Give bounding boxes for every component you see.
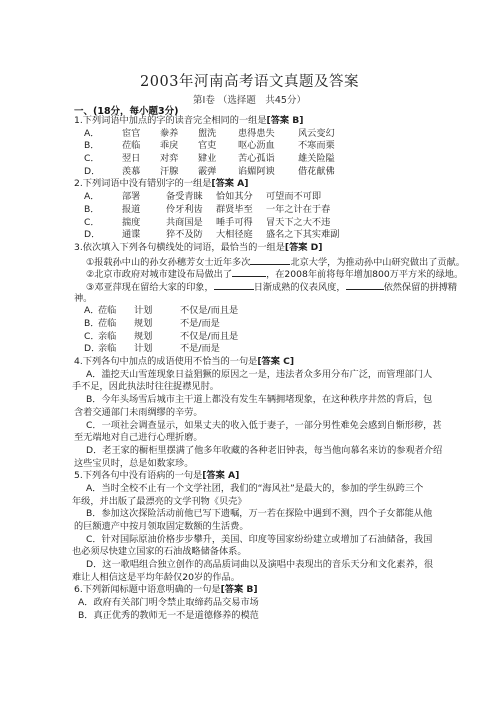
q5-option-a-cont: 年级，并出版了最漂亮的文学刊物《贝壳》 [72,496,474,509]
q2-option-b: B．报道伶牙利齿群贤毕至一年之计在于春 [84,204,474,217]
answer-key: [答案 A] [211,178,248,189]
q4-option-d-cont: 这些宝贝时，总是如数家珍。 [74,458,474,471]
q3-option-b: B．莅临规划不是/而是 [84,318,474,331]
question-6-stem: 6.下列新闻标题中语意明确的一句是[答案 B] [74,584,474,597]
q4-option-c-cont: 至无端地对自己进行心理折磨。 [74,432,474,445]
q4-option-d: D．老王家的橱柜里摆满了他多年收藏的各种老旧钟表，每当他向慕名来访的参观者介绍 [86,445,474,458]
answer-key: [答案 D] [285,242,323,253]
q4-option-b: B．今年头场雪后城市主干道上都没有发生车辆拥堵现象，在这种秩序井然的背后，包 [86,394,474,407]
q1-option-c: C．翌日对弈肄业苦心孤诣雄关险隘 [84,153,474,166]
q1-option-a: A．宦官豢养盥洗患得患失风云变幻 [84,128,474,141]
q2-option-a: A．部署备受青睐恰如其分可望而不可即 [84,191,474,204]
q5-option-c: C．针对国际原油价格步步攀升，美国、印度等国家纷纷建立或增加了石油储备，我国 [86,534,474,547]
document-title: 2003年河南高考语文真题及答案 [0,70,499,91]
q3-option-a: A．莅临计划不仅是/而且是 [84,305,474,318]
q3-sentence-3: ③邓亚萍现在留给大家的印象，日渐成熟的仪表风度，依然保留的拼搏精 [86,280,474,293]
questions-body: 1.下列词语中加点的字的读音完全相同的一组是[答案 B] A．宦官豢养盥洗患得患… [74,115,474,623]
answer-key: [答案 B] [267,115,304,126]
q6-option-b: B．真正优秀的教师无一不是道德修养的模范 [78,610,474,623]
answer-key: [答案 A] [202,470,239,481]
q3-sentence-1: ①报载孙中山的孙女孙穗芳女士近年多次北京大学，为推动孙中山研究做出了贡献。 [86,255,474,268]
q1-option-b: B．莅临乖戾官吏呕心沥血不寒而栗 [84,140,474,153]
q5-option-a: A．当时全校不止有一个文学社团，我们的“海风社”是最大的，参加的学生纵跨三个 [86,483,474,496]
question-5-stem: 5.下列各句中没有语病的一句是[答案 A] [74,470,474,483]
q6-option-a: A．政府有关部门明令禁止取缔药品交易市场 [78,597,474,610]
q4-option-c: C．一项社会调查显示，如果丈夫的收入低于妻子，一部分男性难免会感到自惭形秽，甚 [86,420,474,433]
fill-blank [232,267,266,277]
q4-option-a-cont: 手不足，因此执法时往往捉襟见肘。 [72,381,474,394]
q3-option-c: C．亲临规划不仅是/而且是 [84,331,474,344]
answer-key: [答案 B] [221,584,258,595]
question-1-stem: 1.下列词语中加点的字的读音完全相同的一组是[答案 B] [74,115,474,128]
q5-option-d: D．这一歌唱组合独立创作的高品质词曲以及演唱中表现出的音乐天分和文化素养，很 [86,559,474,572]
question-2-stem: 2.下列词语中没有错别字的一组是[答案 A] [74,178,474,191]
q3-sentence-3-cont: 神。 [74,293,474,306]
q4-option-a: A．滥挖天山雪莲现象日益猖獗的原因之一是，违法者众多用分布广泛，而管理部门人 [86,369,474,382]
q5-option-d-cont: 难让人相信这是平均年龄仅20岁的作品。 [72,572,474,585]
q4-option-b-cont: 含着交通部门未雨绸缪的辛劳。 [74,407,474,420]
q5-option-c-cont: 也必须尽快建立国家的石油战略储备体系。 [72,546,474,559]
exam-page: 2003年河南高考语文真题及答案 第Ⅰ卷 （选择题 共45分） 一、(18分，每… [0,0,499,706]
q1-option-d: D．羡慕汗腺霰弹谄媚阿谀借花献佛 [84,166,474,179]
fill-blank [214,280,254,290]
question-3-stem: 3.依次填入下列各句横线处的词语，最恰当的一组是[答案 D] [74,242,474,255]
answer-key: [答案 C] [257,356,294,367]
q3-option-d: D．亲临计划不是/而是 [84,343,474,356]
q2-option-c: C．揣度共商国是唾手可得冒天下之大不违 [84,217,474,230]
q2-option-d: D．通谍猝不及防大相径庭盛名之下其实难副 [84,229,474,242]
q3-sentence-2: ②北京市政府对城市建设布局做出了，在2008年前将每年增加800万平方米的绿地。 [86,267,474,280]
fill-blank [250,255,290,265]
q5-option-b-cont: 的巨额遗产中按月领取固定数额的生活费。 [74,521,474,534]
question-4-stem: 4.下列各句中加点的成语使用不恰当的一句是[答案 C] [74,356,474,369]
q5-option-b: B．参加这次探险活动前他已写下遗嘱，万一若在探险中遇到不测，四个子女都能从他 [86,508,474,521]
fill-blank [346,280,384,290]
